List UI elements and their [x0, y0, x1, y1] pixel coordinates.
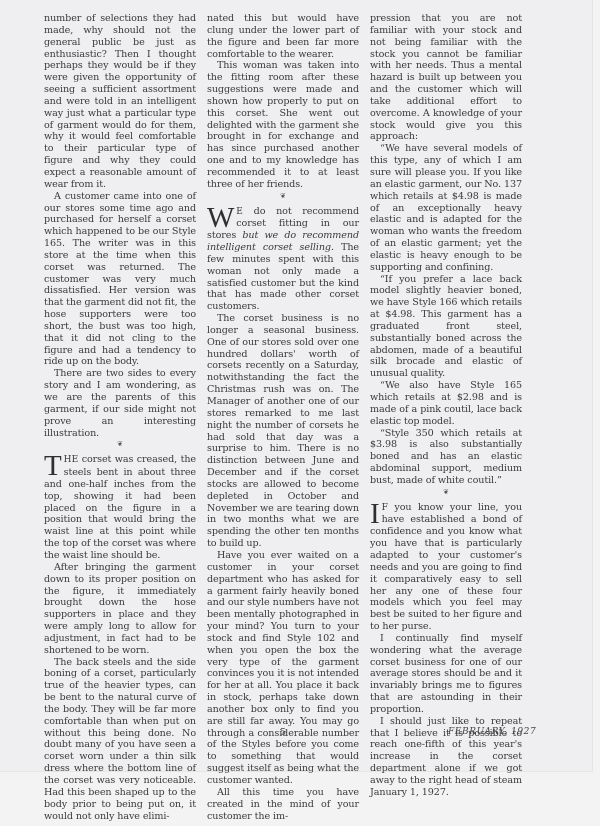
paragraph: After bringing the garment down to its p… — [44, 562, 196, 657]
page-number: 5 — [280, 727, 286, 738]
ornament-divider-icon: ❦ — [370, 487, 522, 499]
paragraph: number of selections they had made, why … — [44, 13, 196, 191]
paragraph: A customer came into one of our stores s… — [44, 191, 196, 369]
ornament-divider-icon: ❦ — [207, 191, 359, 203]
drop-cap: W — [207, 207, 234, 229]
column-middle: nated this but would have clung under th… — [207, 13, 359, 822]
paragraph: This woman was taken into the fitting ro… — [207, 60, 359, 190]
ornament-divider-icon: ❦ — [44, 439, 196, 451]
paragraph: There are two sides to every story and I… — [44, 368, 196, 439]
paragraph: I continually find myself wondering what… — [370, 633, 522, 716]
drop-cap: I — [370, 503, 380, 525]
section-paragraph: THE corset was creased, the steels bent … — [44, 454, 196, 562]
paragraph: “Style 350 which retails at $3.98 is als… — [370, 428, 522, 487]
paragraph: pression that you are not familiar with … — [370, 13, 522, 143]
paragraph: “If you prefer a lace back model slightl… — [370, 274, 522, 381]
drop-cap: T — [44, 455, 62, 477]
paragraph: The corset business is no longer a seaso… — [207, 313, 359, 550]
paragraph: All this time you have created in the mi… — [207, 787, 359, 823]
section-paragraph: WE do not recommend corset fitting in ou… — [207, 206, 359, 314]
paragraph-text: corset was creased, the steels bent in a… — [44, 454, 196, 561]
magazine-page: number of selections they had made, why … — [0, 0, 593, 772]
column-right: pression that you are not familiar with … — [370, 13, 522, 799]
paragraph-text: you know your line, you have established… — [370, 502, 522, 632]
paragraph: nated this but would have clung under th… — [207, 13, 359, 60]
column-left: number of selections they had made, why … — [44, 13, 196, 822]
lead-in: HE — [64, 455, 79, 465]
footer-issue-date: FEBRUARY, 1927 — [448, 727, 536, 737]
paragraph: The back steels and the side boning of a… — [44, 657, 196, 823]
lead-in: E — [236, 207, 243, 217]
section-paragraph: IF you know your line, you have establis… — [370, 502, 522, 633]
paragraph: “We also have Style 165 which retails at… — [370, 380, 522, 427]
paragraph: “We have several models of this type, an… — [370, 143, 522, 273]
paragraph: Have you ever waited on a customer in yo… — [207, 550, 359, 787]
